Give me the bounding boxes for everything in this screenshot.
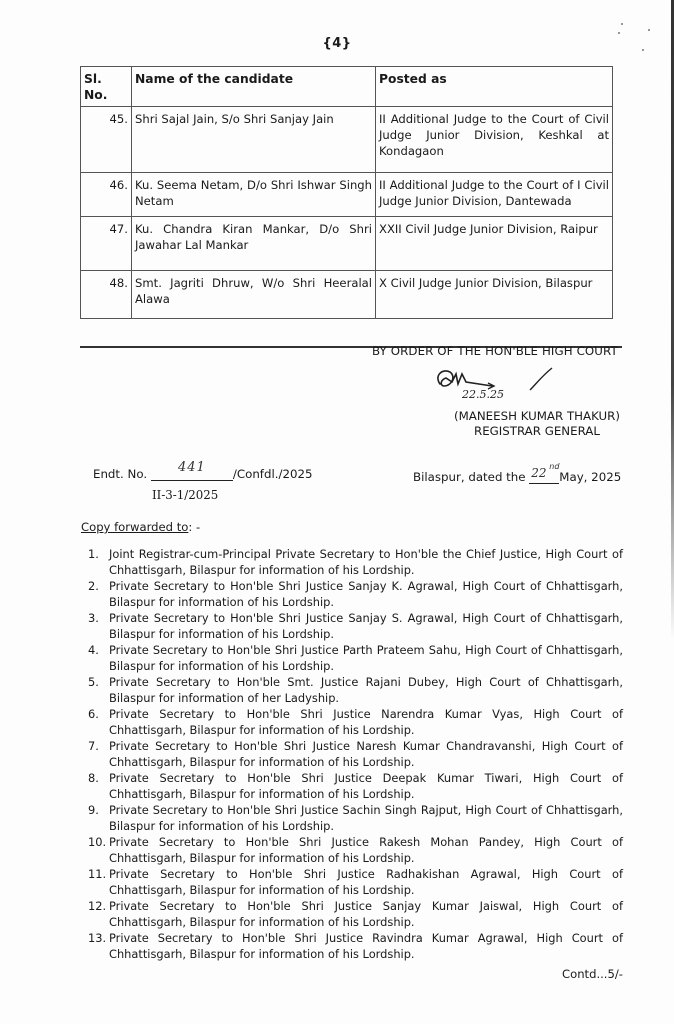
item-text: Private Secretary to Hon'ble Shri Justic… <box>109 866 623 898</box>
cell-candidate-name: Ku. Chandra Kiran Mankar, D/o Shri Jawah… <box>132 217 376 271</box>
item-number: 11. <box>88 866 106 882</box>
item-number: 5. <box>88 674 99 690</box>
endorsement-suffix: /Confdl./2025 <box>233 467 313 481</box>
item-text: Joint Registrar-cum-Principal Private Se… <box>109 546 623 578</box>
header-candidate-name: Name of the candidate <box>132 67 376 107</box>
month-year: May, 2025 <box>559 470 621 484</box>
endorsement-prefix: Endt. No. <box>93 467 147 481</box>
item-number: 4. <box>88 642 99 658</box>
item-text: Private Secretary to Hon'ble Shri Justic… <box>109 738 623 770</box>
table-row: 45. Shri Sajal Jain, S/o Shri Sanjay Jai… <box>81 107 613 173</box>
table-row: 47. Ku. Chandra Kiran Mankar, D/o Shri J… <box>81 217 613 271</box>
item-number: 1. <box>88 546 99 562</box>
list-item: 1.Joint Registrar-cum-Principal Private … <box>88 546 623 578</box>
officer-name: (MANEESH KUMAR THAKUR) <box>454 409 620 423</box>
continued-marker: Contd...5/- <box>562 967 623 981</box>
postings-table: Sl. No. Name of the candidate Posted as … <box>80 66 613 319</box>
document-page: {4} Sl. No. Name of the candidate Posted… <box>0 0 674 1024</box>
item-number: 12. <box>88 898 106 914</box>
signature-mark: 22.5.25 <box>432 362 562 402</box>
place-and-date: Bilaspur, dated the 22ndMay, 2025 <box>413 470 621 484</box>
place-prefix: Bilaspur, dated the <box>413 470 526 484</box>
day-field: 22nd <box>529 470 559 484</box>
list-item: 12.Private Secretary to Hon'ble Shri Jus… <box>88 898 623 930</box>
handwritten-day: 22 <box>531 466 546 480</box>
table-row: 48. Smt. Jagriti Dhruw, W/o Shri Heerala… <box>81 271 613 319</box>
table-header-row: Sl. No. Name of the candidate Posted as <box>81 67 613 107</box>
by-order-line: BY ORDER OF THE HON'BLE HIGH COURT <box>372 344 618 358</box>
list-item: 4.Private Secretary to Hon'ble Shri Just… <box>88 642 623 674</box>
item-number: 8. <box>88 770 99 786</box>
list-item: 10.Private Secretary to Hon'ble Shri Jus… <box>88 834 623 866</box>
scan-speck <box>618 32 620 34</box>
page-number: {4} <box>0 36 674 51</box>
cell-posted-as: X Civil Judge Junior Division, Bilaspur <box>376 271 613 319</box>
list-item: 8.Private Secretary to Hon'ble Shri Just… <box>88 770 623 802</box>
table-row: 46. Ku. Seema Netam, D/o Shri Ishwar Sin… <box>81 173 613 217</box>
item-number: 6. <box>88 706 99 722</box>
svg-text:22.5.25: 22.5.25 <box>461 388 504 401</box>
scan-speck <box>648 29 650 31</box>
item-text: Private Secretary to Hon'ble Shri Justic… <box>109 642 623 674</box>
item-text: Private Secretary to Hon'ble Shri Justic… <box>109 578 623 610</box>
item-text: Private Secretary to Hon'ble Shri Justic… <box>109 930 623 962</box>
list-item: 13.Private Secretary to Hon'ble Shri Jus… <box>88 930 623 962</box>
cell-candidate-name: Smt. Jagriti Dhruw, W/o Shri Heeralal Al… <box>132 271 376 319</box>
list-item: 2.Private Secretary to Hon'ble Shri Just… <box>88 578 623 610</box>
cell-posted-as: II Additional Judge to the Court of Civi… <box>376 107 613 173</box>
cell-sl-no: 47. <box>81 217 132 271</box>
cell-sl-no: 45. <box>81 107 132 173</box>
copy-forwarded-label: Copy forwarded to <box>81 520 188 534</box>
item-number: 9. <box>88 802 99 818</box>
item-number: 3. <box>88 610 99 626</box>
list-item: 3.Private Secretary to Hon'ble Shri Just… <box>88 610 623 642</box>
handwritten-day-suffix: nd <box>549 462 559 471</box>
list-item: 9.Private Secretary to Hon'ble Shri Just… <box>88 802 623 834</box>
item-text: Private Secretary to Hon'ble Shri Justic… <box>109 610 623 642</box>
item-text: Private Secretary to Hon'ble Shri Justic… <box>109 706 623 738</box>
copy-forwarded-suffix: : - <box>188 520 200 534</box>
item-text: Private Secretary to Hon'ble Smt. Justic… <box>109 674 623 706</box>
cell-candidate-name: Ku. Seema Netam, D/o Shri Ishwar Singh N… <box>132 173 376 217</box>
officer-title: REGISTRAR GENERAL <box>474 424 600 438</box>
copy-forwarded-heading: Copy forwarded to: - <box>81 520 200 534</box>
list-item: 6.Private Secretary to Hon'ble Shri Just… <box>88 706 623 738</box>
item-number: 2. <box>88 578 99 594</box>
item-text: Private Secretary to Hon'ble Shri Justic… <box>109 834 623 866</box>
item-number: 13. <box>88 930 106 946</box>
item-text: Private Secretary to Hon'ble Shri Justic… <box>109 802 623 834</box>
cell-candidate-name: Shri Sajal Jain, S/o Shri Sanjay Jain <box>132 107 376 173</box>
item-text: Private Secretary to Hon'ble Shri Justic… <box>109 898 623 930</box>
file-reference: II-3-1/2025 <box>152 488 218 502</box>
endorsement-number: Endt. No. 441/Confdl./2025 <box>93 466 312 481</box>
list-item: 7.Private Secretary to Hon'ble Shri Just… <box>88 738 623 770</box>
scan-speck <box>621 23 623 25</box>
recipient-list: 1.Joint Registrar-cum-Principal Private … <box>88 546 623 962</box>
endorsement-number-field: 441 <box>151 466 233 481</box>
cell-sl-no: 46. <box>81 173 132 217</box>
handwritten-number: 441 <box>151 460 233 475</box>
list-item: 5.Private Secretary to Hon'ble Smt. Just… <box>88 674 623 706</box>
cell-posted-as: XXII Civil Judge Junior Division, Raipur <box>376 217 613 271</box>
item-number: 10. <box>88 834 106 850</box>
list-item: 11.Private Secretary to Hon'ble Shri Jus… <box>88 866 623 898</box>
cell-sl-no: 48. <box>81 271 132 319</box>
header-sl-no: Sl. No. <box>81 67 132 107</box>
item-number: 7. <box>88 738 99 754</box>
item-text: Private Secretary to Hon'ble Shri Justic… <box>109 770 623 802</box>
header-posted-as: Posted as <box>376 67 613 107</box>
cell-posted-as: II Additional Judge to the Court of I Ci… <box>376 173 613 217</box>
